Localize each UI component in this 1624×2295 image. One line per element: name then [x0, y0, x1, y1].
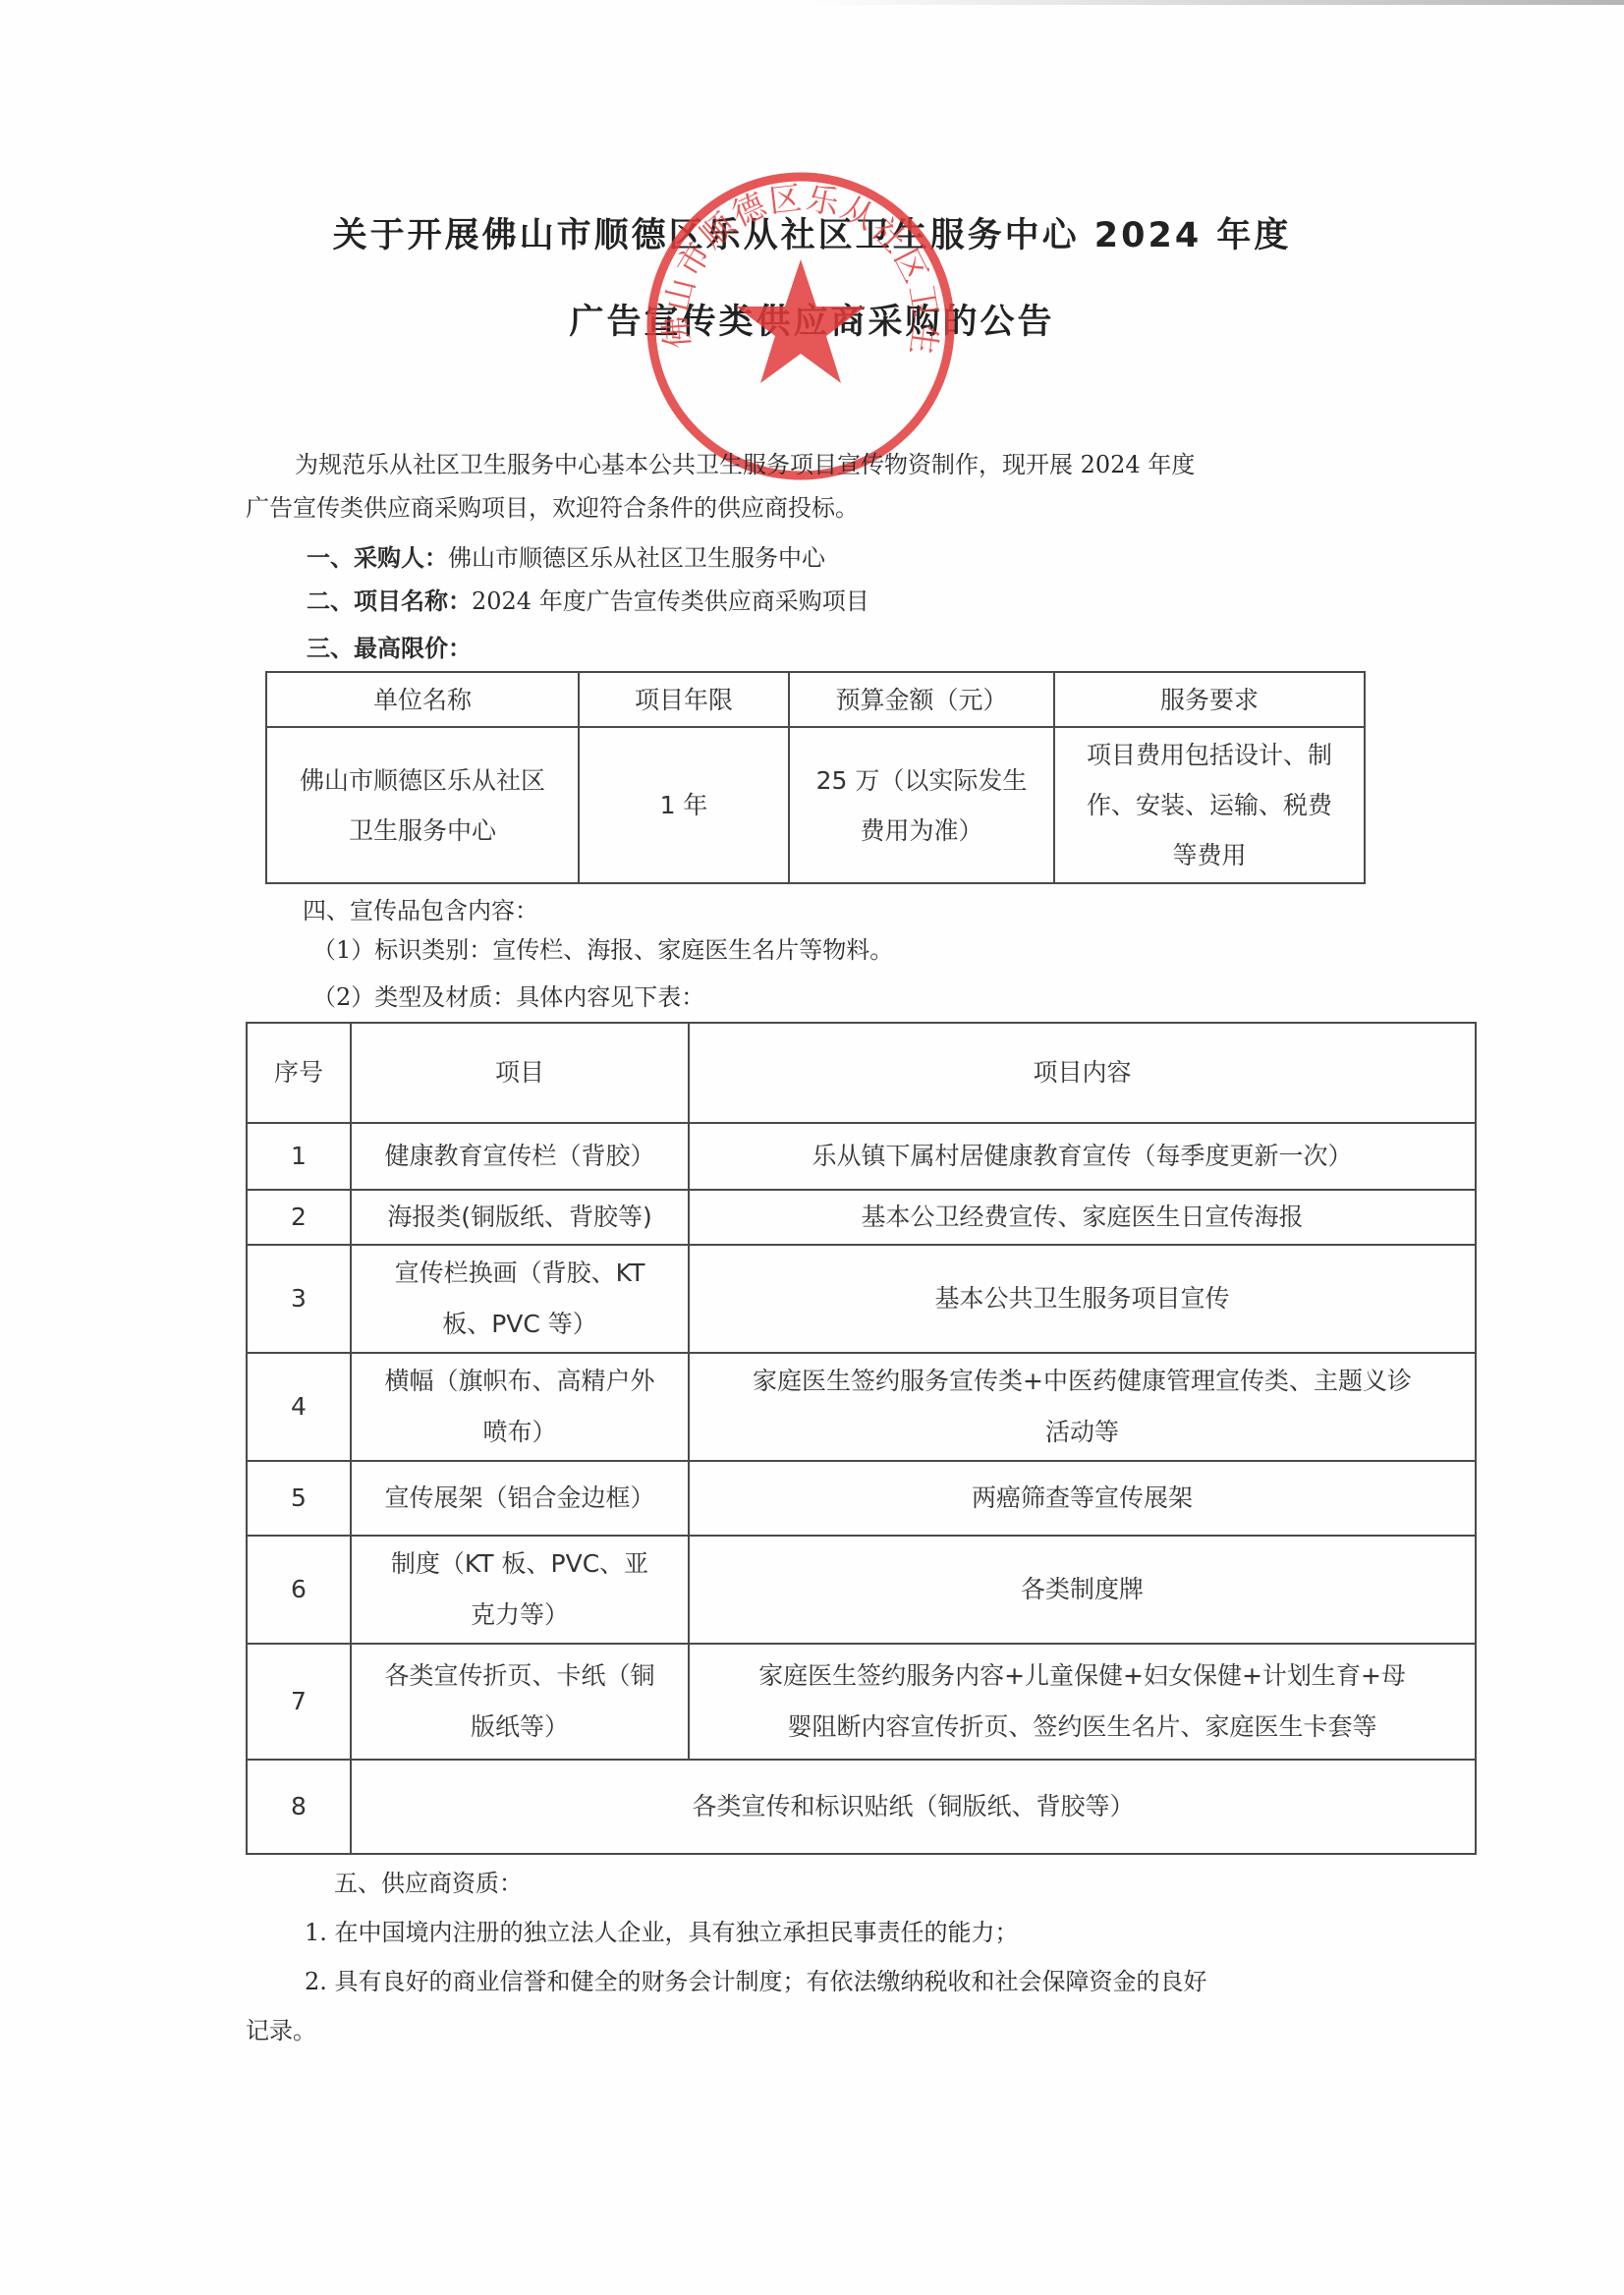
cell-text: 佛山市顺德区乐从社区 — [275, 756, 570, 806]
header-unit-name: 单位名称 — [266, 672, 579, 727]
table-row: 3 宣传栏换画（背胶、KT 板、PVC 等） 基本公共卫生服务项目宣传 — [247, 1245, 1476, 1353]
table-row: 2 海报类(铜版纸、背胶等) 基本公卫经费宣传、家庭医生日宣传海报 — [247, 1190, 1476, 1245]
cell-text: 家庭医生签约服务内容+儿童保健+妇女保健+计划生育+母 — [698, 1651, 1467, 1702]
cell-item: 健康教育宣传栏（背胶） — [351, 1123, 689, 1190]
cell-text: 各类宣传折页、卡纸（铜 — [360, 1651, 680, 1702]
header-budget: 预算金额（元） — [789, 672, 1054, 727]
table-header-row: 序号 项目 项目内容 — [247, 1023, 1476, 1123]
cell-no: 2 — [247, 1190, 351, 1245]
table-row: 7 各类宣传折页、卡纸（铜 版纸等） 家庭医生签约服务内容+儿童保健+妇女保健+… — [247, 1644, 1476, 1760]
document-title-line-1: 关于开展佛山市顺德区乐从社区卫生服务中心 2024 年度 — [0, 208, 1624, 257]
cell-no: 5 — [247, 1461, 351, 1536]
table-row: 6 制度（KT 板、PVC、亚 克力等） 各类制度牌 — [247, 1536, 1476, 1644]
cell-content: 家庭医生签约服务内容+儿童保健+妇女保健+计划生育+母 婴阻断内容宣传折页、签约… — [689, 1644, 1476, 1760]
max-price-heading: 三、最高限价： — [307, 634, 472, 663]
max-price-table: 单位名称 项目年限 预算金额（元） 服务要求 佛山市顺德区乐从社区 卫生服务中心… — [265, 671, 1366, 884]
promo-contents-heading: 四、宣传品包含内容： — [303, 896, 538, 925]
promo-type-line: （2）类型及材质：具体内容见下表： — [312, 982, 704, 1012]
header-service-requirement: 服务要求 — [1054, 672, 1365, 727]
header-item: 项目 — [351, 1023, 689, 1123]
cell-text: 制度（KT 板、PVC、亚 — [360, 1539, 680, 1590]
cell-item: 宣传栏换画（背胶、KT 板、PVC 等） — [351, 1245, 689, 1353]
cell-text: 婴阻断内容宣传折页、签约医生名片、家庭医生卡套等 — [698, 1702, 1467, 1753]
cell-no: 4 — [247, 1353, 351, 1461]
cell-text: 等费用 — [1063, 830, 1356, 880]
cell-no: 3 — [247, 1245, 351, 1353]
cell-unit-name: 佛山市顺德区乐从社区 卫生服务中心 — [266, 727, 579, 883]
project-name-line: 二、项目名称：2024 年度广告宣传类供应商采购项目 — [307, 587, 869, 616]
table-row: 5 宣传展架（铝合金边框） 两癌筛查等宣传展架 — [247, 1461, 1476, 1536]
cell-no: 7 — [247, 1644, 351, 1760]
intro-paragraph-line-2: 广告宣传类供应商采购项目，欢迎符合条件的供应商投标。 — [246, 493, 859, 523]
promo-items-table: 序号 项目 项目内容 1 健康教育宣传栏（背胶） 乐从镇下属村居健康教育宣传（每… — [246, 1022, 1477, 1855]
header-no: 序号 — [247, 1023, 351, 1123]
cell-text: 横幅（旗帜布、高精户外 — [360, 1356, 680, 1407]
cell-text: 喷布） — [360, 1407, 680, 1458]
cell-content: 各类制度牌 — [689, 1536, 1476, 1644]
cell-text: 克力等） — [360, 1590, 680, 1641]
cell-budget: 25 万（以实际发生 费用为准） — [789, 727, 1054, 883]
project-name-label: 二、项目名称： — [307, 588, 472, 615]
cell-no: 8 — [247, 1760, 351, 1854]
cell-text: 25 万（以实际发生 — [798, 756, 1045, 806]
supplier-qualification-heading: 五、供应商资质： — [334, 1869, 523, 1898]
cell-text: 活动等 — [698, 1407, 1467, 1458]
promo-category-line: （1）标识类别：宣传栏、海报、家庭医生名片等物料。 — [312, 935, 893, 965]
purchaser-label: 一、采购人： — [307, 544, 448, 572]
cell-content: 基本公共卫生服务项目宣传 — [689, 1245, 1476, 1353]
cell-item: 各类宣传折页、卡纸（铜 版纸等） — [351, 1644, 689, 1760]
cell-text: 宣传栏换画（背胶、KT — [360, 1248, 680, 1299]
cell-text: 卫生服务中心 — [275, 806, 570, 856]
document-title-line-2: 广告宣传类供应商采购的公告 — [0, 295, 1624, 344]
cell-item: 横幅（旗帜布、高精户外 喷布） — [351, 1353, 689, 1461]
cell-content: 乐从镇下属村居健康教育宣传（每季度更新一次） — [689, 1123, 1476, 1190]
cell-content: 家庭医生签约服务宣传类+中医药健康管理宣传类、主题义诊 活动等 — [689, 1353, 1476, 1461]
cell-text: 家庭医生签约服务宣传类+中医药健康管理宣传类、主题义诊 — [698, 1356, 1467, 1407]
qualification-item-1: 1. 在中国境内注册的独立法人企业，具有独立承担民事责任的能力； — [305, 1918, 1019, 1947]
header-content: 项目内容 — [689, 1023, 1476, 1123]
purchaser-value: 佛山市顺德区乐从社区卫生服务中心 — [448, 544, 825, 572]
cell-text: 版纸等） — [360, 1702, 680, 1753]
cell-item: 制度（KT 板、PVC、亚 克力等） — [351, 1536, 689, 1644]
cell-no: 1 — [247, 1123, 351, 1190]
cell-text: 项目费用包括设计、制 — [1063, 730, 1356, 780]
cell-term: 1 年 — [579, 727, 789, 883]
cell-content: 基本公卫经费宣传、家庭医生日宣传海报 — [689, 1190, 1476, 1245]
purchaser-line: 一、采购人：佛山市顺德区乐从社区卫生服务中心 — [307, 543, 825, 573]
cell-text: 板、PVC 等） — [360, 1299, 680, 1350]
qualification-item-2-line-1: 2. 具有良好的商业信誉和健全的财务会计制度；有依法缴纳税收和社会保障资金的良好 — [305, 1967, 1207, 1996]
project-name-value: 2024 年度广告宣传类供应商采购项目 — [472, 588, 869, 615]
cell-service-requirement: 项目费用包括设计、制 作、安装、运输、税费 等费用 — [1054, 727, 1365, 883]
table-row: 8 各类宣传和标识贴纸（铜版纸、背胶等） — [247, 1760, 1476, 1854]
cell-content: 两癌筛查等宣传展架 — [689, 1461, 1476, 1536]
cell-item: 宣传展架（铝合金边框） — [351, 1461, 689, 1536]
cell-merged-content: 各类宣传和标识贴纸（铜版纸、背胶等） — [351, 1760, 1476, 1854]
table-header-row: 单位名称 项目年限 预算金额（元） 服务要求 — [266, 672, 1365, 727]
cell-text: 作、安装、运输、税费 — [1063, 780, 1356, 830]
table-row: 1 健康教育宣传栏（背胶） 乐从镇下属村居健康教育宣传（每季度更新一次） — [247, 1123, 1476, 1190]
table-row: 佛山市顺德区乐从社区 卫生服务中心 1 年 25 万（以实际发生 费用为准） 项… — [266, 727, 1365, 883]
document-page: 关于开展佛山市顺德区乐从社区卫生服务中心 2024 年度 广告宣传类供应商采购的… — [0, 0, 1624, 2295]
cell-no: 6 — [247, 1536, 351, 1644]
header-term: 项目年限 — [579, 672, 789, 727]
table-row: 4 横幅（旗帜布、高精户外 喷布） 家庭医生签约服务宣传类+中医药健康管理宣传类… — [247, 1353, 1476, 1461]
qualification-item-2-line-2: 记录。 — [246, 2016, 316, 2045]
cell-item: 海报类(铜版纸、背胶等) — [351, 1190, 689, 1245]
cell-text: 费用为准） — [798, 806, 1045, 856]
intro-paragraph-line-1: 为规范乐从社区卫生服务中心基本公共卫生服务项目宣传物资制作，现开展 2024 年… — [295, 450, 1195, 479]
